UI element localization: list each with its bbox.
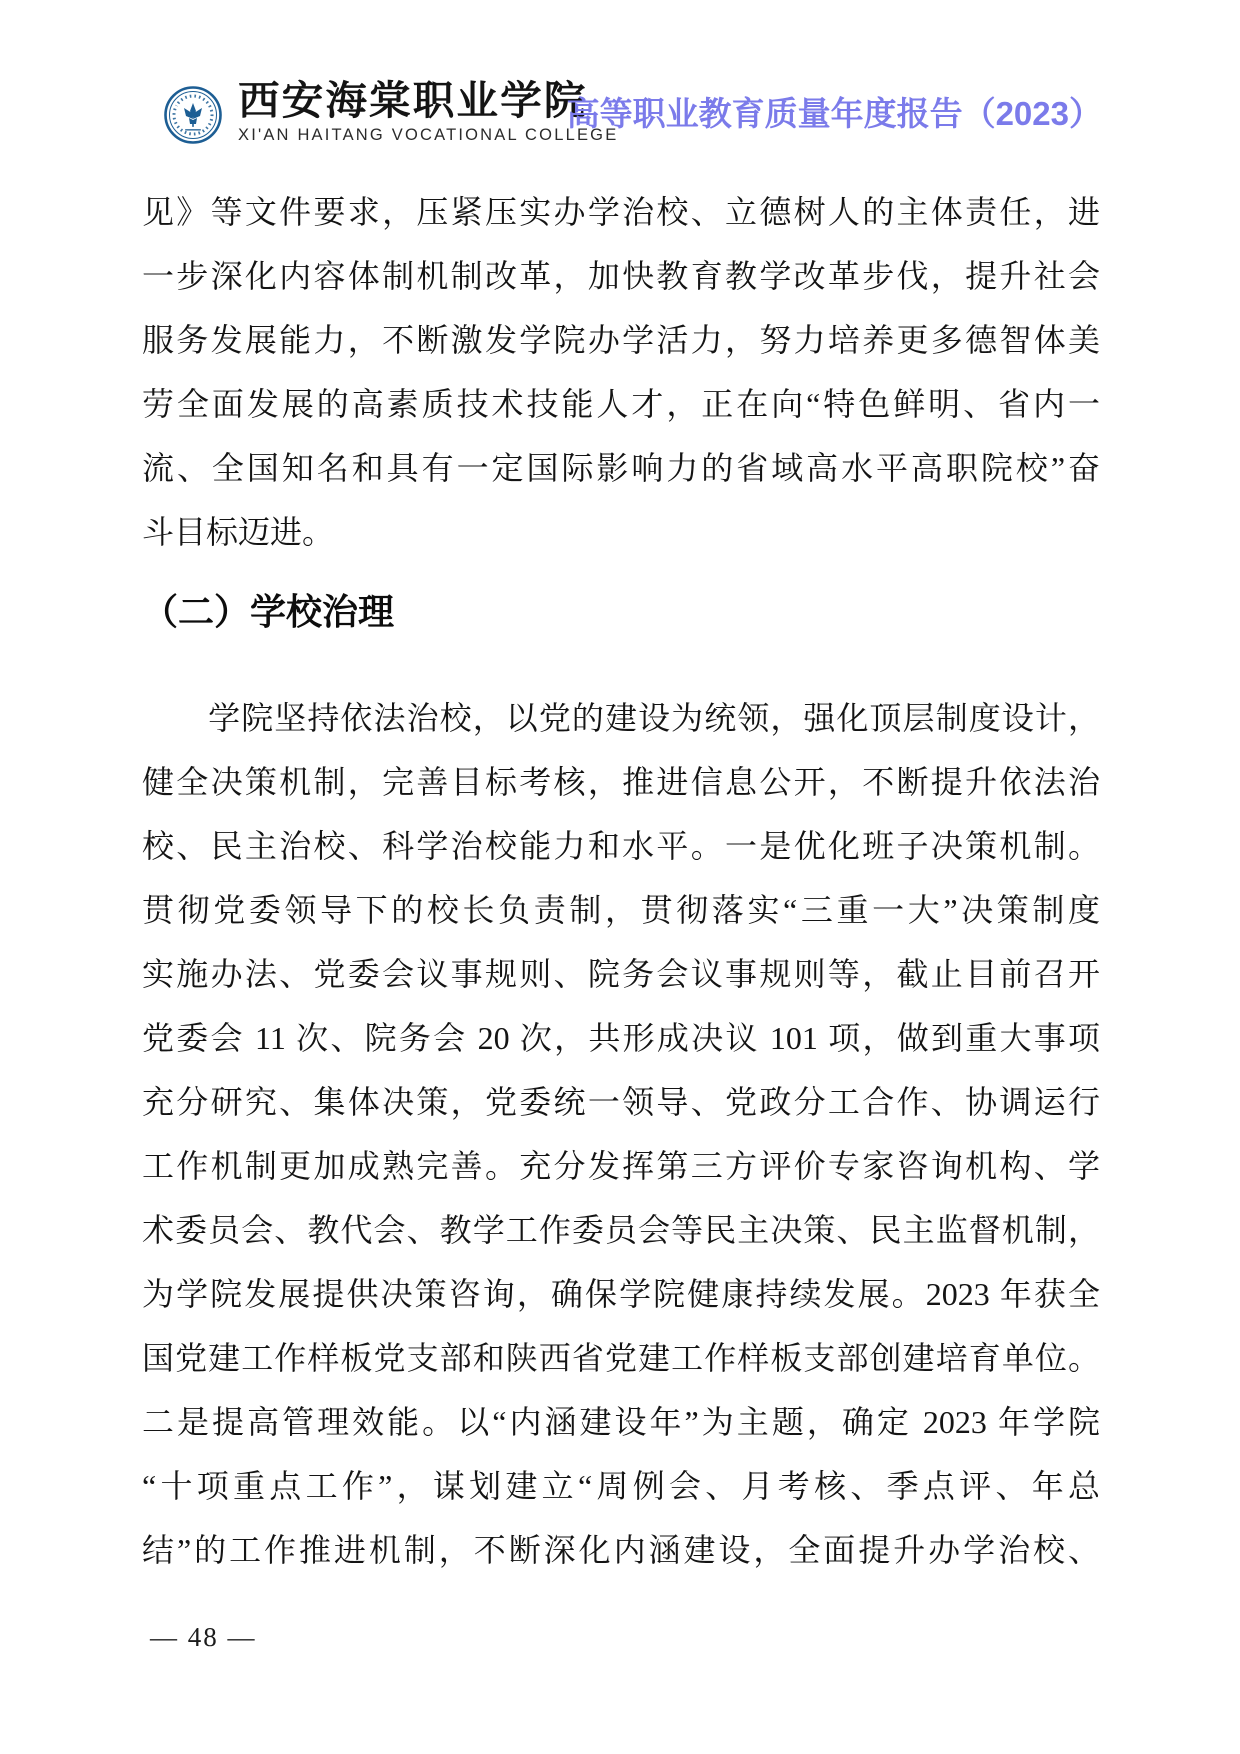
text-line: 流、全国知名和具有一定国际影响力的省域高水平高职院校”奋 bbox=[142, 436, 1100, 500]
text-line: 二是提高管理效能。以“内涵建设年”为主题，确定 2023 年学院 bbox=[142, 1390, 1100, 1454]
page-number: — 48 — bbox=[150, 1622, 257, 1653]
section-heading: （二）学校治理 bbox=[142, 592, 1100, 632]
text-line: 服务发展能力，不断激发学院办学活力，努力培养更多德智体美 bbox=[142, 308, 1100, 372]
text-line: 党委会 11 次、院务会 20 次，共形成决议 101 项，做到重大事项 bbox=[142, 1006, 1100, 1070]
text-line: 健全决策机制，完善目标考核，推进信息公开，不断提升依法治 bbox=[142, 750, 1100, 814]
report-title: 高等职业教育质量年度报告（2023） bbox=[567, 88, 1102, 135]
paragraph-continued: 见》等文件要求，压紧压实办学治校、立德树人的主体责任，进一步深化内容体制机制改革… bbox=[142, 180, 1100, 564]
text-line: 斗目标迈进。 bbox=[142, 500, 1100, 564]
text-line: 实施办法、党委会议事规则、院务会议事规则等，截止目前召开 bbox=[142, 942, 1100, 1006]
document-body: 见》等文件要求，压紧压实办学治校、立德树人的主体责任，进一步深化内容体制机制改革… bbox=[142, 180, 1100, 1582]
college-name-zh: 西安海棠职业学院 bbox=[238, 78, 602, 124]
text-line: 结”的工作推进机制，不断深化内涵建设，全面提升办学治校、 bbox=[142, 1518, 1100, 1582]
text-line: 贯彻党委领导下的校长负责制，贯彻落实“三重一大”决策制度 bbox=[142, 878, 1100, 942]
text-line: 学院坚持依法治校，以党的建设为统领，强化顶层制度设计， bbox=[142, 686, 1100, 750]
text-line: 工作机制更加成熟完善。充分发挥第三方评价专家咨询机构、学 bbox=[142, 1134, 1100, 1198]
text-line: 一步深化内容体制机制改革，加快教育教学改革步伐，提升社会 bbox=[142, 244, 1100, 308]
college-name-en: XI'AN HAITANG VOCATIONAL COLLEGE bbox=[238, 126, 588, 145]
text-line: 见》等文件要求，压紧压实办学治校、立德树人的主体责任，进 bbox=[142, 180, 1100, 244]
text-line: 术委员会、教代会、教学工作委员会等民主决策、民主监督机制， bbox=[142, 1198, 1100, 1262]
text-line: 校、民主治校、科学治校能力和水平。一是优化班子决策机制。 bbox=[142, 814, 1100, 878]
text-line: 为学院发展提供决策咨询，确保学院健康持续发展。2023 年获全 bbox=[142, 1262, 1100, 1326]
report-page: 西安海棠职业学院 XI'AN HAITANG VOCATIONAL COLLEG… bbox=[0, 0, 1240, 1754]
seal-flower-glyph bbox=[184, 103, 202, 127]
page-header: 西安海棠职业学院 XI'AN HAITANG VOCATIONAL COLLEG… bbox=[0, 0, 1240, 150]
text-line: 国党建工作样板党支部和陕西省党建工作样板支部创建培育单位。 bbox=[142, 1326, 1100, 1390]
paragraph-school-governance: 学院坚持依法治校，以党的建设为统领，强化顶层制度设计，健全决策机制，完善目标考核… bbox=[142, 686, 1100, 1582]
text-line: “十项重点工作”，谋划建立“周例会、月考核、季点评、年总 bbox=[142, 1454, 1100, 1518]
text-line: 充分研究、集体决策，党委统一领导、党政分工合作、协调运行 bbox=[142, 1070, 1100, 1134]
text-line: 劳全面发展的高素质技术技能人才，正在向“特色鲜明、省内一 bbox=[142, 372, 1100, 436]
college-name-block: 西安海棠职业学院 XI'AN HAITANG VOCATIONAL COLLEG… bbox=[238, 78, 588, 145]
college-seal-icon bbox=[163, 85, 223, 145]
